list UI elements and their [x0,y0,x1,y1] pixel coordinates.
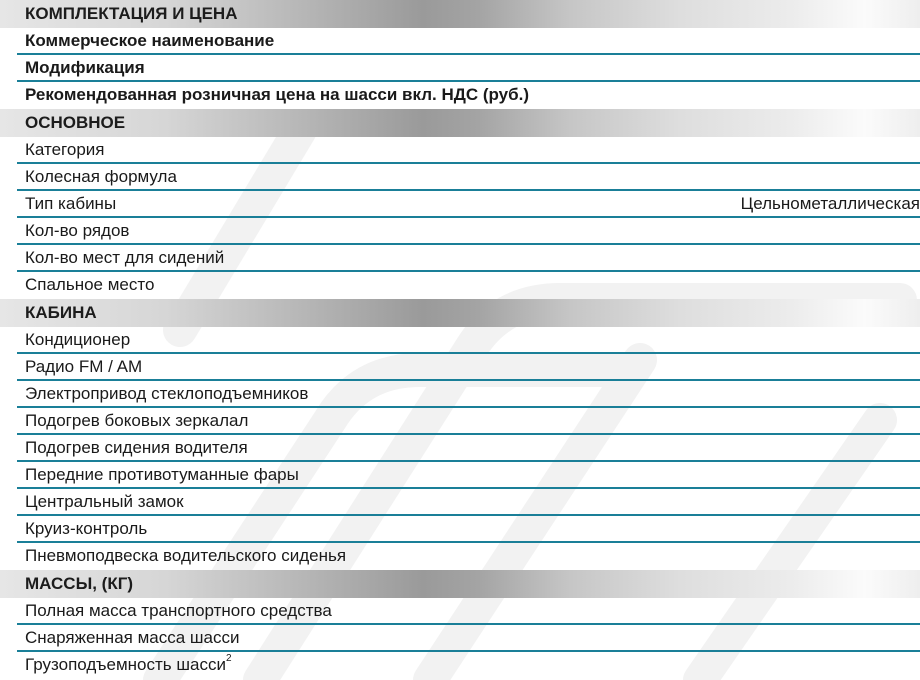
spec-label-text: Рекомендованная розничная цена на шасси … [25,85,529,104]
spec-row: Кол-во рядов [0,218,920,245]
spec-label-text: Категория [25,140,104,159]
spec-label-text: Кол-во мест для сидений [25,248,224,267]
spec-row: Передние противотуманные фары [0,462,920,489]
spec-label-text: Радио FM / AM [25,357,142,376]
spec-label: Грузоподъемность шасси2 [25,652,232,678]
spec-row: Снаряженная масса шасси [0,625,920,652]
spec-label: Снаряженная масса шасси [25,625,239,651]
spec-label: Колесная формула [25,164,177,190]
spec-row: Круиз-контроль [0,516,920,543]
section-header: КАБИНА [0,299,920,327]
spec-label: Тип кабины [25,191,116,217]
section-header: МАССЫ, (КГ) [0,570,920,598]
spec-row: Рекомендованная розничная цена на шасси … [0,82,920,109]
spec-row: Подогрев сидения водителя [0,435,920,462]
spec-row: Центральный замок [0,489,920,516]
spec-row: Подогрев боковых зеркалал [0,408,920,435]
spec-label-text: Колесная формула [25,167,177,186]
section-header: ОСНОВНОЕ [0,109,920,137]
spec-label-text: Кондиционер [25,330,130,349]
spec-label: Электропривод стеклоподъемников [25,381,308,407]
spec-label: Пневмоподвеска водительского сиденья [25,543,346,569]
spec-label-text: Модификация [25,58,145,77]
spec-label-text: Грузоподъемность шасси [25,655,226,674]
spec-label: Подогрев боковых зеркалал [25,408,248,434]
spec-label-text: Круиз-контроль [25,519,147,538]
spec-row: Коммерческое наименование [0,28,920,55]
spec-row: Электропривод стеклоподъемников [0,381,920,408]
spec-label: Коммерческое наименование [25,28,274,54]
spec-row: Колесная формула [0,164,920,191]
spec-label: Круиз-контроль [25,516,147,542]
spec-label-text: Полная масса транспортного средства [25,601,332,620]
spec-label-text: Снаряженная масса шасси [25,628,239,647]
spec-table: КОМПЛЕКТАЦИЯ И ЦЕНАКоммерческое наименов… [0,0,920,679]
spec-label: Кол-во мест для сидений [25,245,224,271]
spec-label: Полная масса транспортного средства [25,598,332,624]
spec-label: Передние противотуманные фары [25,462,299,488]
spec-label: Подогрев сидения водителя [25,435,248,461]
footnote-marker: 2 [226,653,232,664]
spec-label-text: Передние противотуманные фары [25,465,299,484]
spec-row: Полная масса транспортного средства [0,598,920,625]
spec-row: Радио FM / AM [0,354,920,381]
spec-label: Центральный замок [25,489,184,515]
spec-label: Кол-во рядов [25,218,129,244]
spec-label-text: Электропривод стеклоподъемников [25,384,308,403]
spec-label: Спальное место [25,272,154,298]
spec-row: Тип кабиныЦельнометаллическая [0,191,920,218]
spec-row: Спальное место [0,272,920,299]
spec-label-text: Центральный замок [25,492,184,511]
spec-row: Кондиционер [0,327,920,354]
spec-label-text: Пневмоподвеска водительского сиденья [25,546,346,565]
spec-row: Модификация [0,55,920,82]
spec-label-text: Подогрев боковых зеркалал [25,411,248,430]
spec-label: Радио FM / AM [25,354,142,380]
spec-row: Грузоподъемность шасси2 [0,652,920,679]
spec-label: Рекомендованная розничная цена на шасси … [25,82,529,108]
spec-value: Цельнометаллическая [741,191,920,217]
spec-label-text: Коммерческое наименование [25,31,274,50]
spec-label: Кондиционер [25,327,130,353]
spec-label: Категория [25,137,104,163]
spec-row: Категория [0,137,920,164]
section-header: КОМПЛЕКТАЦИЯ И ЦЕНА [0,0,920,28]
spec-row: Кол-во мест для сидений [0,245,920,272]
spec-label-text: Спальное место [25,275,154,294]
spec-label: Модификация [25,55,145,81]
spec-row: Пневмоподвеска водительского сиденья [0,543,920,570]
spec-label-text: Подогрев сидения водителя [25,438,248,457]
spec-label-text: Кол-во рядов [25,221,129,240]
spec-label-text: Тип кабины [25,194,116,213]
